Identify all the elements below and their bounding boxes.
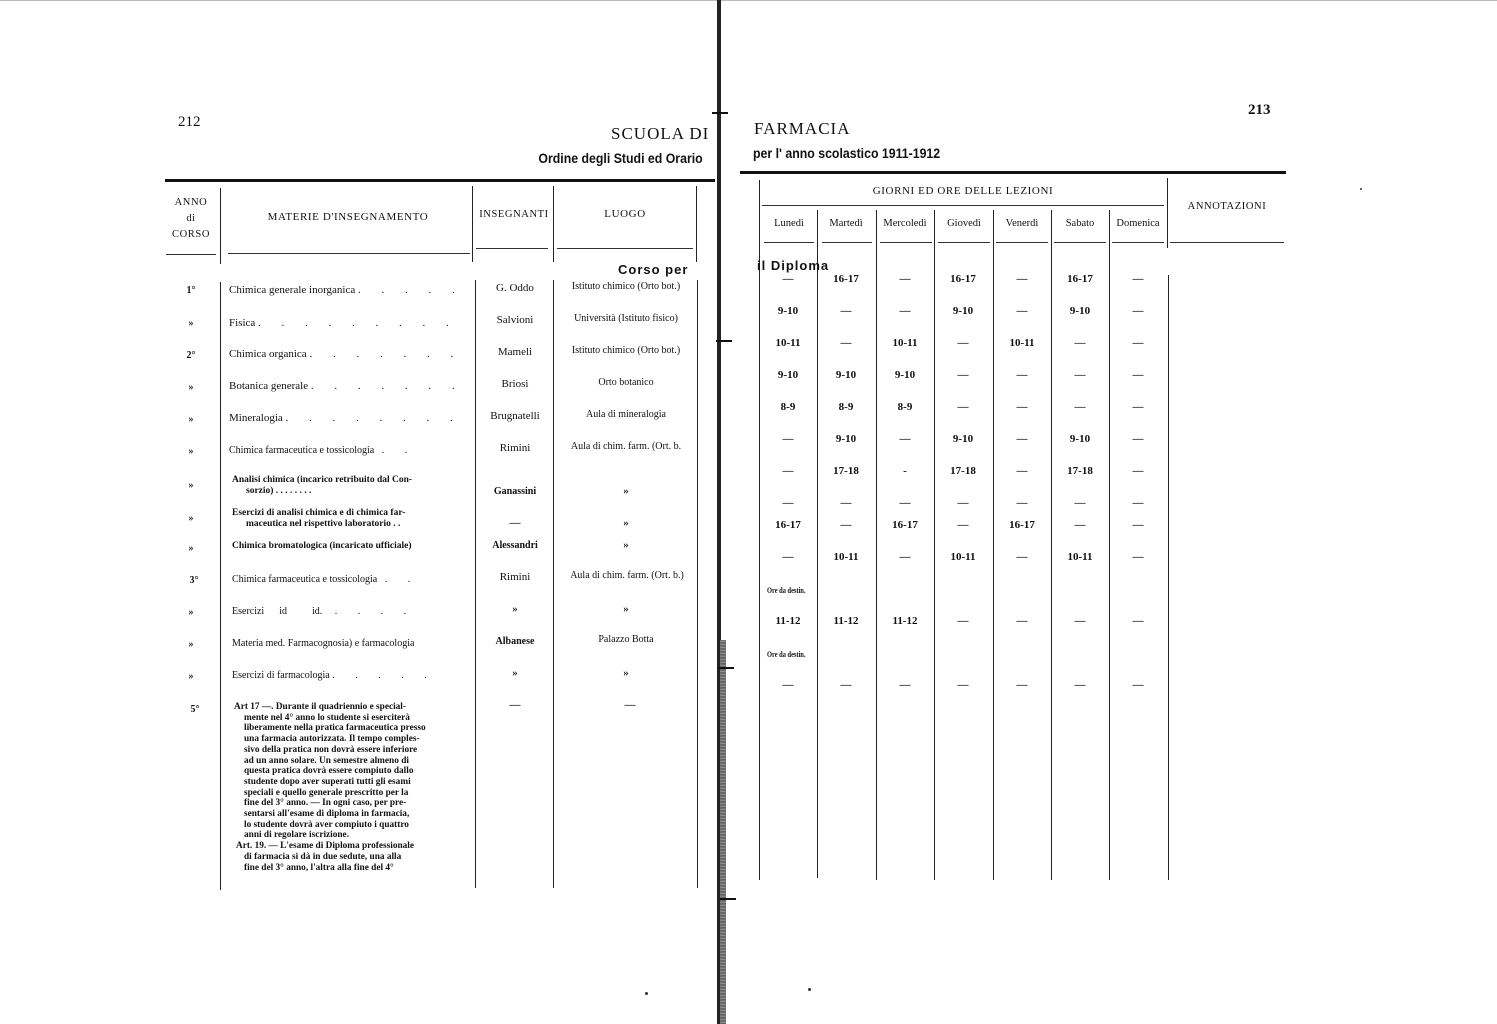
materia-cell: Chimica farmaceutica e tossicologia . . [229,444,416,457]
header-underline [228,253,470,254]
materia-text: Esercizi di analisi chimica e di chimica… [232,508,405,519]
schedule-cell: 10-11 [818,551,874,563]
luogo-cell: Istituto chimico (Orto bot.) [556,344,696,357]
schedule-cell: 11-12 [877,615,933,627]
materia-cell: Chimica farmaceutica e tossicologia . . [232,573,419,586]
materia-text: Mineralogia [229,412,283,424]
schedule-cell: — [1110,337,1166,349]
note-line: studente dopo aver superati tutti gli es… [234,777,472,788]
ore-da-destinare-note: Ore da destin. [767,586,805,595]
luogo-cell: » [556,517,696,530]
leader-dots: . . [385,574,420,585]
note-line: Art 17 —. Durante il quadriennio e speci… [234,702,472,713]
anno-cell: » [171,639,211,650]
luogo-cell: » [556,485,696,498]
anno-cell: » [171,543,211,554]
luogo-cell: — [556,699,704,712]
schedule-cell: — [1052,519,1108,531]
insegnante-cell: Briosi [476,378,554,391]
scan-speck [1360,188,1362,190]
luogo-cell: Istituto chimico (Orto bot.) [556,280,696,293]
materia-cell: Fisica . . . . . . . . . [229,317,458,330]
insegnante-cell: Salvioni [476,314,554,327]
note-line: anni di regolare iscrizione. [234,830,472,841]
header-annotazioni: ANNOTAZIONI [1168,199,1286,215]
schedule-cell: 10-11 [994,337,1050,349]
header-underline [1054,242,1106,243]
schedule-cell: — [1110,679,1166,691]
materia-text-cont: maceutica nel rispettivo laboratorio . . [232,519,405,530]
materia-text: Chimica generale inorganica [229,284,355,296]
materia-text: Fisica [229,317,255,329]
insegnante-cell: Brugnatelli [476,410,554,423]
column-rule [553,280,554,888]
materia-cell: Esercizi di analisi chimica e di chimica… [232,508,405,530]
insegnante-cell: G. Oddo [476,282,554,295]
insegnante-cell: Rimini [476,571,554,584]
schedule-cell: — [877,273,933,285]
schedule-cell: 9-10 [1052,305,1108,317]
schedule-cell: — [818,305,874,317]
schedule-cell: 10-11 [877,337,933,349]
column-rule [220,188,221,264]
header-giorni: GIORNI ED ORE DELLE LEZIONI [760,183,1166,199]
schedule-cell: — [994,433,1050,445]
note-line: speciali e quello generale prescritto pe… [234,788,472,799]
header-underline [996,242,1048,243]
note-line: lo studente dovrà aver compiuto i quattr… [234,820,472,831]
anno-cell: 3° [174,575,214,586]
header-rule [165,179,715,182]
note-line: Art. 19. — L'esame di Diploma profession… [234,841,472,852]
schedule-cell: 9-10 [760,369,816,381]
schedule-cell: — [760,679,816,691]
schedule-cell: — [1110,305,1166,317]
header-anno: ANNO di CORSO [166,195,216,243]
anno-cell: » [171,414,211,425]
schedule-cell: 16-17 [760,519,816,531]
page-subtitle: per l' anno scolastico 1911-1912 [753,145,940,161]
schedule-cell: 8-9 [818,401,874,413]
schedule-cell: — [877,497,933,509]
schedule-cell: 8-9 [877,401,933,413]
spine-mark [718,667,734,669]
materia-text: Esercizi di farmacologia [232,670,330,681]
materia-text: Botanica generale [229,380,308,392]
schedule-cell: 17-18 [1052,465,1108,477]
spine-mark [712,112,728,114]
book-spine-shadow [720,640,726,1024]
schedule-cell: — [994,369,1050,381]
column-rule [697,280,698,888]
header-luogo: LUOGO [556,206,694,222]
column-rule [553,186,554,262]
header-underline [557,248,693,249]
header-anno-line: CORSO [166,227,216,243]
schedule-cell: 9-10 [760,305,816,317]
schedule-cell: — [994,465,1050,477]
page-title: SCUOLA DI [611,124,709,144]
header-underline [822,242,872,243]
header-underline [1112,242,1164,243]
note-line: fine del 3° anno. — In ogni caso, per pr… [234,798,472,809]
note-line: liberamente nella pratica farmaceutica p… [234,723,472,734]
page-number: 212 [178,114,201,131]
materia-text: Chimica farmaceutica e tossicologia [229,445,374,456]
leader-dots: . . . . . . . [309,348,462,360]
schedule-cell: — [1110,369,1166,381]
schedule-cell: — [760,497,816,509]
schedule-cell: — [935,615,991,627]
schedule-cell: — [1052,679,1108,691]
schedule-cell: — [1110,273,1166,285]
section-label: Corso per [618,262,688,277]
schedule-cell: — [1052,497,1108,509]
note-line: sivo della pratica non dovrà essere infe… [234,745,472,756]
leader-dots: . . . . [335,606,416,617]
spine-mark [720,898,736,900]
insegnante-cell: Ganassini [476,485,554,498]
schedule-cell: — [1110,551,1166,563]
schedule-cell: — [1110,519,1166,531]
materia-cell: Esercizi di farmacologia . . . . . [232,669,436,682]
schedule-cell: 9-10 [935,433,991,445]
schedule-cell: — [818,519,874,531]
schedule-cell: 11-12 [818,615,874,627]
materia-cell: Botanica generale . . . . . . . [229,380,464,393]
anno-cell: » [171,480,211,491]
note-line: sentarsi all'esame di diploma in farmaci… [234,809,472,820]
materia-cell: Analisi chimica (incarico retribuito dal… [232,475,412,497]
day-header-domenica: Domenica [1110,216,1166,232]
page-subtitle: Ordine degli Studi ed Orario [539,150,703,166]
day-header-martedi: Martedì [818,216,874,232]
column-rule [1167,178,1168,248]
header-anno-line: di [166,211,216,227]
scan-speck [808,988,811,991]
materia-cell: Chimica bromatologica (incaricato uffici… [232,540,412,553]
header-anno-line: ANNO [166,195,216,211]
schedule-cell: 9-10 [877,369,933,381]
schedule-cell: 9-10 [818,369,874,381]
schedule-cell: — [994,401,1050,413]
schedule-cell: — [877,433,933,445]
leader-dots: . . . . . [332,670,436,681]
header-underline [938,242,990,243]
day-header-giovedi: Giovedì [936,216,992,232]
schedule-cell: — [877,305,933,317]
materia-text: Esercizi id id. [232,606,322,617]
insegnante-cell: Mameli [476,346,554,359]
spine-mark [716,340,732,342]
schedule-cell: — [1110,433,1166,445]
schedule-cell: — [935,679,991,691]
insegnante-cell: — [476,517,554,530]
note-line: di farmacia si dà in due sedute, una all… [234,852,472,863]
schedule-cell: — [994,679,1050,691]
luogo-cell: Aula di chim. farm. (Ort. b.) [556,569,698,582]
column-rule [220,282,221,890]
day-header-venerdi: Venerdì [994,216,1050,232]
column-rule [475,280,476,888]
materia-text: Chimica organica [229,348,307,360]
note-line: mente nel 4° anno lo studente si esercit… [234,713,472,724]
schedule-cell: 10-11 [760,337,816,349]
header-rule [740,171,1286,174]
schedule-cell: - [877,465,933,477]
schedule-cell: — [760,551,816,563]
insegnante-cell: Rimini [476,442,554,455]
anno-cell: » [171,607,211,618]
schedule-cell: — [935,519,991,531]
page-title: FARMACIA [754,119,850,139]
header-underline [476,248,548,249]
column-rule [1168,275,1169,880]
schedule-cell: 9-10 [818,433,874,445]
anno-cell: » [171,446,211,457]
column-rule [696,186,697,262]
schedule-cell: — [760,465,816,477]
schedule-cell: 11-12 [760,615,816,627]
schedule-cell: — [877,551,933,563]
header-underline [1170,242,1284,243]
schedule-cell: — [1110,497,1166,509]
leader-dots: . . . . . . . [311,380,464,392]
leader-dots: . . . . . . . . . [258,317,458,329]
header-underline [880,242,932,243]
anno-cell: » [171,671,211,682]
schedule-cell: — [1110,615,1166,627]
schedule-cell: — [935,369,991,381]
luogo-cell: » [556,667,696,680]
regulation-note: Art 17 —. Durante il quadriennio e speci… [234,702,472,873]
anno-cell: 5° [175,704,215,715]
schedule-cell: — [818,497,874,509]
schedule-cell: — [1110,401,1166,413]
schedule-cell: 16-17 [877,519,933,531]
schedule-cell: — [935,497,991,509]
materia-text: Analisi chimica (incarico retribuito dal… [232,475,412,486]
leader-dots: . . . . . . . . [286,412,462,424]
insegnante-cell: Albanese [476,635,554,648]
schedule-cell: 16-17 [818,273,874,285]
luogo-cell: Orto botanico [556,376,696,389]
schedule-cell: — [1052,337,1108,349]
schedule-cell: — [994,551,1050,563]
insegnante-cell: » [476,667,554,680]
header-underline [764,242,814,243]
schedule-cell: — [1052,369,1108,381]
scan-speck [645,992,648,995]
luogo-cell: Aula di chim. farm. (Ort. b. [556,440,696,453]
anno-cell: » [171,382,211,393]
anno-cell: » [171,318,211,329]
page-number: 213 [1248,102,1271,119]
leader-dots: . . [382,445,417,456]
anno-cell: » [171,513,211,524]
schedule-cell: — [760,273,816,285]
materia-cell: Esercizi id id. . . . . [232,605,415,618]
schedule-cell: — [818,679,874,691]
insegnante-cell: — [476,699,554,712]
insegnante-cell: Alessandri [476,539,554,552]
materia-text-cont: sorzio) . . . . . . . . [232,486,412,497]
schedule-cell: 17-18 [818,465,874,477]
materia-cell: Chimica organica . . . . . . . [229,348,462,361]
luogo-cell: Aula di mineralogia [556,408,696,421]
materia-cell: Materia med. Farmacognosia) e farmacolog… [232,637,414,650]
anno-cell: 1° [171,285,211,296]
schedule-cell: 10-11 [935,551,991,563]
header-underline [166,254,216,255]
schedule-cell: 16-17 [1052,273,1108,285]
schedule-cell: — [760,433,816,445]
header-insegnanti: INSEGNANTI [474,207,554,223]
schedule-cell: — [1110,465,1166,477]
schedule-cell: — [935,337,991,349]
note-line: fine del 3° anno, l'altra alla fine del … [234,863,472,874]
luogo-cell: » [556,603,696,616]
header-underline [762,205,1164,206]
schedule-cell: 16-17 [935,273,991,285]
schedule-cell: — [818,337,874,349]
column-rule [472,186,473,262]
schedule-cell: — [994,497,1050,509]
section-label: il Diploma [757,258,829,273]
schedule-cell: 8-9 [760,401,816,413]
schedule-cell: 17-18 [935,465,991,477]
schedule-cell: — [877,679,933,691]
note-line: una farmacia autorizzata. Il tempo compl… [234,734,472,745]
schedule-cell: 16-17 [994,519,1050,531]
materia-text: Chimica farmaceutica e tossicologia [232,574,377,585]
schedule-cell: — [935,401,991,413]
schedule-cell: — [1052,615,1108,627]
day-header-mercoledi: Mercoledì [876,216,934,232]
schedule-cell: 10-11 [1052,551,1108,563]
schedule-cell: 9-10 [935,305,991,317]
luogo-cell: Università (Istituto fisico) [556,312,696,325]
materia-cell: Chimica generale inorganica . . . . . [229,284,464,297]
note-line: ad un anno solare. Un semestre almeno di [234,756,472,767]
day-header-lunedi: Lunedì [762,216,816,232]
note-line: questa pratica dovrà essere compiuto dal… [234,766,472,777]
scan-top-edge [0,0,1497,1]
header-materie: MATERIE D'INSEGNAMENTO [230,209,466,225]
schedule-cell: — [994,305,1050,317]
schedule-cell: 9-10 [1052,433,1108,445]
luogo-cell: » [556,539,696,552]
ore-da-destinare-note: Ore da destin. [767,650,805,659]
materia-cell: Mineralogia . . . . . . . . [229,412,462,425]
luogo-cell: Palazzo Botta [556,633,696,646]
schedule-cell: — [994,615,1050,627]
leader-dots: . . . . . [358,284,464,296]
insegnante-cell: » [476,603,554,616]
anno-cell: 2° [171,350,211,361]
schedule-cell: — [994,273,1050,285]
day-header-sabato: Sabato [1052,216,1108,232]
schedule-cell: — [1052,401,1108,413]
